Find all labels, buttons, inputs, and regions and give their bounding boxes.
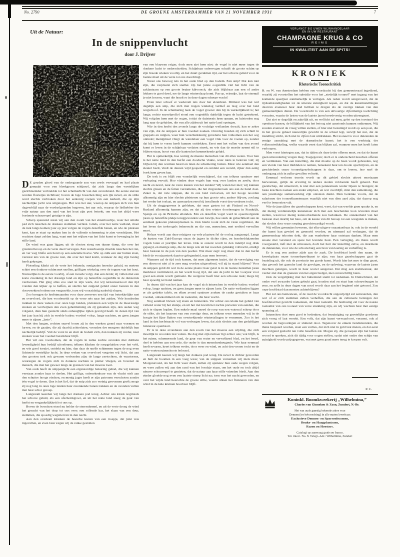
ad-separator-rule [262, 394, 378, 395]
header-rule-top [22, 6, 378, 7]
champagne-ad: VERLANGT BIJ UWEN WIJNHANDELAAR EN IN UW… [262, 26, 378, 63]
article-paragraph: Er is in deze avonduren aan den zoom van… [143, 329, 259, 354]
article-paragraph: Het wil ons voorkomen, dat de vogels in … [22, 339, 139, 368]
kroniek-heading: KRONIEK [262, 68, 378, 78]
kroniek-paragraph: Ook de vergelijking met het buitenland s… [262, 275, 378, 292]
page-header: No. 2790 DE GROENE AMSTERDAMMER VAN 21 N… [24, 10, 376, 19]
scan-top-bar [0, 0, 357, 5]
kroniek-paragraph: Dat ziet er degelijk en zakelijk uit, en… [262, 118, 378, 151]
article-column-middle: van een blauwen reiger, doch men ziet he… [143, 63, 259, 457]
article-paragraph: Plotseling klinkt uit de verte het beken… [22, 264, 139, 293]
article-paragraph: Aan den overkant klonken de heesche kret… [22, 417, 139, 425]
article-paragraph: Wanneer zal de tijd toch komen, dat men … [143, 258, 259, 283]
champagne-ad-slogan: IN KWALITEIT AAN DE SPITS! [262, 47, 378, 52]
drop-cap: D [22, 181, 29, 189]
article-paragraph: Uit de ringgegevens is gebleken, dat onz… [143, 204, 259, 233]
wilhelmina-ad-contact: Tel. interc. No. 8. Telegr.-Adr.: Wilhel… [262, 435, 378, 439]
masthead: DE GROENE AMSTERDAMMER VAN 21 NOVEMBER 1… [141, 10, 272, 15]
article-paragraph: DE gouden gloed van de ondergaande zon w… [22, 181, 139, 218]
kroniek-paragraph: Eenmaal verloren terrein wordt op dit ge… [262, 176, 378, 205]
kroniek-end-dash [352, 377, 378, 378]
kroniek-paragraph: Wij willen geenszins beweren, dat elke u… [262, 225, 378, 250]
article-paragraph: Langzaam keeren wij langs het donkere pa… [143, 353, 259, 386]
article-column-left: DE gouden gloed van de ondergaande zon w… [22, 181, 139, 457]
article-paragraph: Helaas wordt aan deze reizigers op vele … [143, 233, 259, 258]
newspaper-page: No. 2790 DE GROENE AMSTERDAMMER VAN 21 N… [0, 0, 400, 557]
article-paragraph: Het is opmerkelijk, hoe weinig de meeste… [143, 154, 259, 175]
wilhelmina-ad: Koninkl. Boomkweekerij „Wilhelmina,” Cha… [262, 396, 378, 454]
page-number: 7 [374, 10, 376, 15]
dark-nature-photo [33, 65, 139, 177]
kroniek-signoff: P. C. [262, 387, 372, 392]
article-paragraph: De trek is en blijft een wonderlijk vers… [143, 175, 259, 204]
article-paragraph: Met den langen, rechten snavel boren zij… [22, 322, 139, 339]
wilhelmina-ad-subtitle: Charles van Ginneken & Zoon, Zundert, N.… [276, 403, 378, 407]
article-title: In de snippenvlucht [22, 38, 258, 49]
scan-speck [5, 96, 7, 99]
article-paragraph: Nog eenmaal bleven wij staan en luisterd… [143, 299, 259, 328]
article-paragraph: De wind was gaan liggen; uit de slooten … [22, 243, 139, 264]
kroniek-paragraph: Er is nog een andere zijde aan de zaak. … [262, 250, 378, 275]
scan-left-edge [9, 1, 10, 545]
article-kicker: Uit de Natuur: [30, 29, 150, 37]
scan-corner-blob [8, 1, 11, 18]
header-rule-bottom [22, 20, 378, 21]
kroniek-subheading: Rhetorische Tooneelcritiek [262, 82, 378, 88]
kroniek-column: B. en W. van Amsterdam hebben een voordr… [262, 89, 378, 387]
champagne-ad-city: REIMS [262, 41, 378, 45]
article-paragraph: van een blauwen reiger, doch men ziet he… [143, 63, 259, 80]
article-paragraph: Zoo brengen de herfstmaanden voor deze z… [22, 293, 139, 322]
wilhelmina-ad-bold3: Rozen en Heesters. [262, 425, 378, 429]
header-rule-top2 [22, 8, 378, 9]
kroniek-paragraph: Het zal ons benieuwen, of de raad de voo… [262, 292, 378, 313]
crown-icon [264, 398, 276, 409]
article-paragraph: Scherp speurend staan wij aan den zoom v… [22, 218, 139, 243]
kroniek-paragraph: Intusschen doet men goed te bedenken, da… [262, 313, 378, 342]
article-paragraph: Even later schoof er wederom iets door h… [143, 100, 259, 125]
kroniek-paragraph: Men voert hiertegen aan, dat in tijden a… [262, 151, 378, 176]
article-paragraph: Boven de bosschen stond nu helder de ste… [22, 405, 139, 417]
article-paragraph: Wie in den herfst des avonds langs de vo… [143, 125, 259, 154]
scan-speck [6, 262, 8, 267]
kroniek-paragraph: Wie de jaarcijfers der gezelschappen ken… [262, 205, 378, 226]
wilhelmina-ad-title: Koninkl. Boomkweekerij „Wilhelmina,” [276, 397, 378, 402]
champagne-ad-brand: CHAMPAGNE KRUG & CO [262, 34, 378, 41]
issue-number: No. 2790 [24, 10, 39, 15]
article-paragraph: Naast ons bewoog iets in het oude blad o… [143, 80, 259, 101]
article-photo [33, 65, 139, 177]
article-paragraph: Van ouds heeft de snippenjacht een eigen… [22, 368, 139, 393]
kroniek-paragraph: B. en W. van Amsterdam hebben een voordr… [262, 89, 378, 118]
article-byline: door J. Drijver [22, 52, 258, 60]
article-paragraph: In dezen tijd van het jaar kan de vogel … [143, 283, 259, 300]
kroniek-dash-divider [311, 80, 329, 81]
champagne-ad-separator [273, 46, 367, 47]
article-paragraph: Langzaam keerden wij langs het donkere p… [22, 393, 139, 405]
